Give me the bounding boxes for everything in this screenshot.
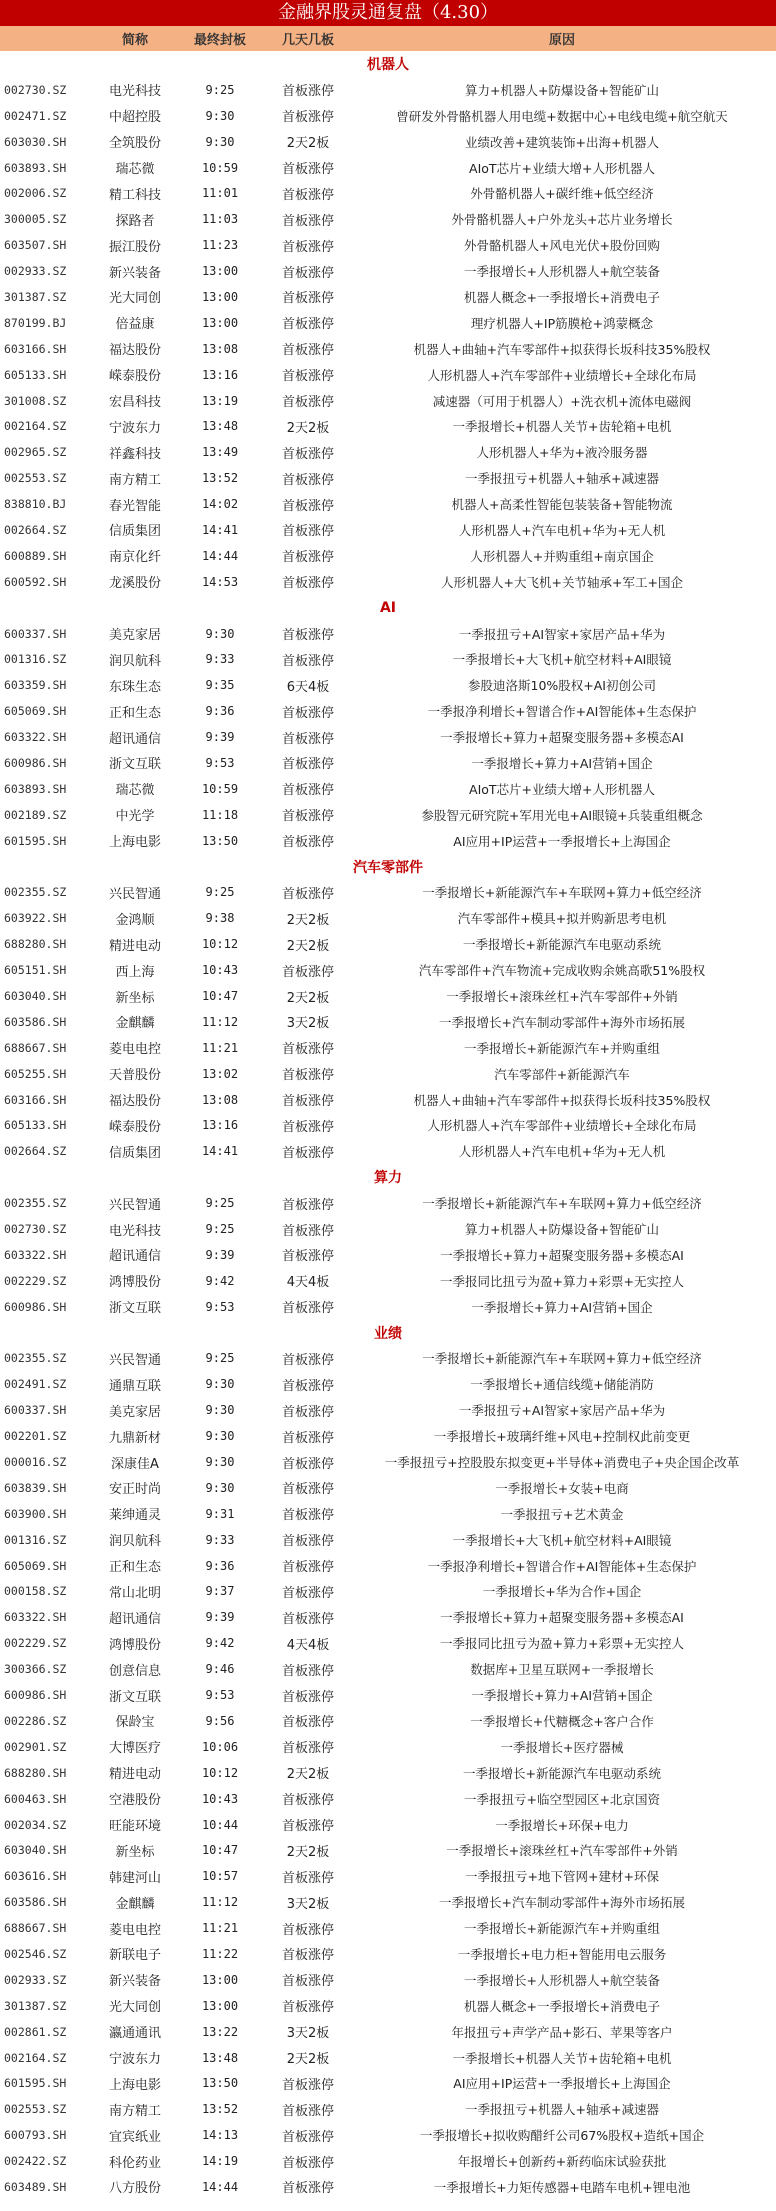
- stock-code: 605151.SH: [0, 963, 98, 977]
- stock-name: 瀛通通讯: [98, 2022, 172, 2041]
- final-seal-time: 13:00: [172, 290, 268, 304]
- final-seal-time: 11:18: [172, 808, 268, 822]
- stock-name: 宁波东力: [98, 2048, 172, 2067]
- final-seal-time: 9:30: [172, 1403, 268, 1417]
- stock-name: 兴民智通: [98, 1349, 172, 1368]
- table-row: 600986.SH浙文互联9:53首板涨停一季报增长+算力+AI营销+国企: [0, 1294, 776, 1320]
- stock-name: 上海电影: [98, 831, 172, 850]
- board-count: 3天2板: [268, 2022, 348, 2041]
- final-seal-time: 9:25: [172, 1351, 268, 1365]
- stock-name: 超讯通信: [98, 728, 172, 747]
- stock-name: 精进电动: [98, 1763, 172, 1782]
- reason-text: 一季报增长+玻璃纤维+风电+控制权此前变更: [348, 1427, 776, 1445]
- stock-name: 光大同创: [98, 287, 172, 306]
- board-count: 首板涨停: [268, 313, 348, 332]
- reason-text: 一季报同比扭亏为盈+算力+彩票+无实控人: [348, 1634, 776, 1652]
- reason-text: 年报增长+创新药+新药临床试验获批: [348, 2152, 776, 2170]
- reason-text: 年报扭亏+声学产品+影石、苹果等客户: [348, 2023, 776, 2041]
- reason-text: 一季报净利增长+智谱合作+AI智能体+生态保护: [348, 1557, 776, 1575]
- final-seal-time: 9:31: [172, 1507, 268, 1521]
- reason-text: 机器人+高柔性智能包装装备+智能物流: [348, 495, 776, 513]
- table-row: 601595.SH上海电影13:50首板涨停AI应用+IP运营+一季报增长+上海…: [0, 828, 776, 854]
- stock-name: 振江股份: [98, 236, 172, 255]
- stock-code: 603893.SH: [0, 782, 98, 796]
- board-count: 首板涨停: [268, 236, 348, 255]
- stock-code: 002006.SZ: [0, 186, 98, 200]
- table-row: 001316.SZ润贝航科9:33首板涨停一季报增长+大飞机+航空材料+AI眼镜: [0, 1527, 776, 1553]
- stock-code: 002471.SZ: [0, 109, 98, 123]
- stock-code: 603359.SH: [0, 678, 98, 692]
- stock-code: 603489.SH: [0, 2180, 98, 2194]
- table-row: 603893.SH瑞芯微10:59首板涨停AIoT芯片+业绩大增+人形机器人: [0, 155, 776, 181]
- stock-code: 603839.SH: [0, 1481, 98, 1495]
- table-row: 300005.SZ探路者11:03首板涨停外骨骼机器人+户外龙头+芯片业务增长: [0, 206, 776, 232]
- final-seal-time: 9:39: [172, 730, 268, 744]
- reason-text: 减速器（可用于机器人）+洗衣机+流体电磁阀: [348, 392, 776, 410]
- table-row: 002553.SZ南方精工13:52首板涨停一季报扭亏+机器人+轴承+减速器: [0, 465, 776, 491]
- table-row: 600592.SH龙溪股份14:53首板涨停人形机器人+大飞机+关节轴承+军工+…: [0, 569, 776, 595]
- stock-code: 600889.SH: [0, 549, 98, 563]
- stock-name: 金麒麟: [98, 1012, 172, 1031]
- final-seal-time: 10:44: [172, 1818, 268, 1832]
- stock-name: 鸿博股份: [98, 1634, 172, 1653]
- stock-code: 603030.SH: [0, 135, 98, 149]
- table-row: 002164.SZ宁波东力13:482天2板一季报增长+机器人关节+齿轮箱+电机: [0, 2045, 776, 2071]
- final-seal-time: 11:23: [172, 238, 268, 252]
- board-count: 首板涨停: [268, 1038, 348, 1057]
- stock-code: 600986.SH: [0, 1688, 98, 1702]
- reason-text: 数据库+卫星互联网+一季报增长: [348, 1660, 776, 1678]
- stock-code: 000016.SZ: [0, 1455, 98, 1469]
- final-seal-time: 13:19: [172, 394, 268, 408]
- stock-name: 龙溪股份: [98, 572, 172, 591]
- board-count: 2天2板: [268, 935, 348, 954]
- final-seal-time: 9:39: [172, 1248, 268, 1262]
- table-row: 002422.SZ科伦药业14:19首板涨停年报增长+创新药+新药临床试验获批: [0, 2148, 776, 2174]
- reason-text: 一季报增长+算力+超聚变服务器+多模态AI: [348, 1608, 776, 1626]
- final-seal-time: 14:44: [172, 549, 268, 563]
- stock-name: 润贝航科: [98, 1530, 172, 1549]
- table-row: 002229.SZ鸿博股份9:424天4板一季报同比扭亏为盈+算力+彩票+无实控…: [0, 1630, 776, 1656]
- table-row: 603839.SH安正时尚9:30首板涨停一季报增长+女装+电商: [0, 1475, 776, 1501]
- stock-code: 603893.SH: [0, 161, 98, 175]
- final-seal-time: 13:50: [172, 834, 268, 848]
- stock-name: 金鸿顺: [98, 909, 172, 928]
- reason-text: 机器人概念+一季报增长+消费电子: [348, 1997, 776, 2015]
- section-title: 算力: [374, 1167, 402, 1187]
- stock-code: 603322.SH: [0, 730, 98, 744]
- stock-code: 002164.SZ: [0, 2051, 98, 2065]
- stock-code: 002546.SZ: [0, 1947, 98, 1961]
- reason-text: 人形机器人+汽车零部件+业绩增长+全球化布局: [348, 1116, 776, 1134]
- reason-text: 人形机器人+华为+液冷服务器: [348, 443, 776, 461]
- reason-text: 一季报增长+通信线缆+储能消防: [348, 1375, 776, 1393]
- table-row: 603893.SH瑞芯微10:59首板涨停AIoT芯片+业绩大增+人形机器人: [0, 776, 776, 802]
- stock-code: 605069.SH: [0, 704, 98, 718]
- table-row: 603322.SH超讯通信9:39首板涨停一季报增长+算力+超聚变服务器+多模态…: [0, 1242, 776, 1268]
- stock-name: 信质集团: [98, 520, 172, 539]
- stock-name: 保龄宝: [98, 1711, 172, 1730]
- stock-code: 605133.SH: [0, 1118, 98, 1132]
- stock-name: 九鼎新材: [98, 1427, 172, 1446]
- stock-code: 002730.SZ: [0, 1222, 98, 1236]
- board-count: 首板涨停: [268, 1686, 348, 1705]
- section-header: 算力: [0, 1164, 776, 1190]
- reason-text: 一季报增长+新能源汽车+车联网+算力+低空经济: [348, 883, 776, 901]
- final-seal-time: 13:52: [172, 471, 268, 485]
- stock-name: 精工科技: [98, 184, 172, 203]
- stock-name: 浙文互联: [98, 753, 172, 772]
- board-count: 首板涨停: [268, 1194, 348, 1213]
- table-row: 600337.SH美克家居9:30首板涨停一季报扭亏+AI智家+家居产品+华为: [0, 621, 776, 647]
- final-seal-time: 9:39: [172, 1610, 268, 1624]
- final-seal-time: 9:35: [172, 678, 268, 692]
- board-count: 首板涨停: [268, 469, 348, 488]
- table-row: 001316.SZ润贝航科9:33首板涨停一季报增长+大飞机+航空材料+AI眼镜: [0, 646, 776, 672]
- table-body: 机器人002730.SZ电光科技9:25首板涨停算力+机器人+防爆设备+智能矿山…: [0, 51, 776, 2200]
- stock-code: 688667.SH: [0, 1041, 98, 1055]
- stock-code: 688280.SH: [0, 937, 98, 951]
- final-seal-time: 13:22: [172, 2025, 268, 2039]
- reason-text: 一季报增长+新能源汽车+并购重组: [348, 1919, 776, 1937]
- stock-name: 润贝航科: [98, 650, 172, 669]
- reason-text: 外骨骼机器人+碳纤维+低空经济: [348, 184, 776, 202]
- table-row: 600889.SH南京化纤14:44首板涨停人形机器人+并购重组+南京国企: [0, 543, 776, 569]
- stock-code: 603322.SH: [0, 1248, 98, 1262]
- table-row: 603616.SH韩建河山10:57首板涨停一季报扭亏+地下管网+建材+环保: [0, 1863, 776, 1889]
- section-header: 机器人: [0, 51, 776, 77]
- board-count: 首板涨停: [268, 1297, 348, 1316]
- stock-code: 600793.SH: [0, 2128, 98, 2142]
- stock-code: 603166.SH: [0, 1093, 98, 1107]
- final-seal-time: 13:16: [172, 368, 268, 382]
- final-seal-time: 9:36: [172, 704, 268, 718]
- stock-name: 嵘泰股份: [98, 1116, 172, 1135]
- board-count: 首板涨停: [268, 961, 348, 980]
- reason-text: 业绩改善+建筑装饰+出海+机器人: [348, 133, 776, 151]
- table-row: 603489.SH八方股份14:44首板涨停一季报增长+力矩传感器+电踏车电机+…: [0, 2174, 776, 2200]
- final-seal-time: 10:57: [172, 1869, 268, 1883]
- board-count: 2天2板: [268, 417, 348, 436]
- stock-name: 南京化纤: [98, 546, 172, 565]
- stock-name: 上海电影: [98, 2074, 172, 2093]
- table-row: 603040.SH新坐标10:472天2板一季报增长+滚珠丝杠+汽车零部件+外销: [0, 1837, 776, 1863]
- final-seal-time: 9:30: [172, 627, 268, 641]
- stock-code: 600463.SH: [0, 1792, 98, 1806]
- stock-code: 300005.SZ: [0, 212, 98, 226]
- stock-name: 超讯通信: [98, 1608, 172, 1627]
- reason-text: 一季报增长+女装+电商: [348, 1479, 776, 1497]
- stock-code: 838810.BJ: [0, 497, 98, 511]
- stock-name: 全筑股份: [98, 132, 172, 151]
- table-row: 002471.SZ中超控股9:30首板涨停曾研发外骨骼机器人用电缆+数据中心+电…: [0, 103, 776, 129]
- table-row: 002901.SZ大博医疗10:06首板涨停一季报增长+医疗器械: [0, 1734, 776, 1760]
- page-title: 金融界股灵通复盘（4.30）: [278, 2, 498, 23]
- table-row: 002164.SZ宁波东力13:482天2板一季报增长+机器人关节+齿轮箱+电机: [0, 413, 776, 439]
- reason-text: AIoT芯片+业绩大增+人形机器人: [348, 780, 776, 798]
- reason-text: 一季报扭亏+AI智家+家居产品+华为: [348, 625, 776, 643]
- board-count: 首板涨停: [268, 106, 348, 125]
- reason-text: 一季报扭亏+机器人+轴承+减速器: [348, 2100, 776, 2118]
- stock-name: 深康佳A: [98, 1453, 172, 1472]
- reason-text: 一季报增长+医疗器械: [348, 1738, 776, 1756]
- final-seal-time: 13:48: [172, 419, 268, 433]
- board-count: 首板涨停: [268, 753, 348, 772]
- stock-code: 002553.SZ: [0, 2102, 98, 2116]
- reason-text: 汽车零部件+模具+拟并购新思考电机: [348, 909, 776, 927]
- stock-code: 002933.SZ: [0, 1973, 98, 1987]
- table-row: 600337.SH美克家居9:30首板涨停一季报扭亏+AI智家+家居产品+华为: [0, 1397, 776, 1423]
- table-row: 688667.SH菱电电控11:21首板涨停一季报增长+新能源汽车+并购重组: [0, 1035, 776, 1061]
- stock-name: 新兴装备: [98, 1970, 172, 1989]
- final-seal-time: 9:25: [172, 1222, 268, 1236]
- stock-code: 002664.SZ: [0, 523, 98, 537]
- table-row: 301008.SZ宏昌科技13:19首板涨停减速器（可用于机器人）+洗衣机+流体…: [0, 388, 776, 414]
- stock-code: 002034.SZ: [0, 1818, 98, 1832]
- stock-code: 603586.SH: [0, 1015, 98, 1029]
- table-row: 603359.SH东珠生态9:356天4板参股迪洛斯10%股权+AI初创公司: [0, 672, 776, 698]
- stock-name: 信质集团: [98, 1142, 172, 1161]
- board-count: 首板涨停: [268, 1090, 348, 1109]
- table-row: 002546.SZ新联电子11:22首板涨停一季报增长+电力柜+智能用电云服务: [0, 1941, 776, 1967]
- stock-code: 688667.SH: [0, 1921, 98, 1935]
- stock-name: 浙文互联: [98, 1686, 172, 1705]
- stock-code: 002189.SZ: [0, 808, 98, 822]
- final-seal-time: 9:42: [172, 1636, 268, 1650]
- stock-name: 科伦药业: [98, 2152, 172, 2171]
- reason-text: 一季报增长+新能源汽车电驱动系统: [348, 1764, 776, 1782]
- table-row: 000158.SZ常山北明9:37首板涨停一季报增长+华为合作+国企: [0, 1579, 776, 1605]
- board-count: 首板涨停: [268, 805, 348, 824]
- stock-code: 002229.SZ: [0, 1636, 98, 1650]
- reason-text: 一季报增长+算力+AI营销+国企: [348, 1686, 776, 1704]
- stock-code: 688280.SH: [0, 1766, 98, 1780]
- reason-text: 一季报同比扭亏为盈+算力+彩票+无实控人: [348, 1272, 776, 1290]
- stock-code: 603616.SH: [0, 1869, 98, 1883]
- stock-name: 新联电子: [98, 1944, 172, 1963]
- table-row: 301387.SZ光大同创13:00首板涨停机器人概念+一季报增长+消费电子: [0, 1993, 776, 2019]
- stock-code: 002355.SZ: [0, 1196, 98, 1210]
- table-row: 002861.SZ瀛通通讯13:223天2板年报扭亏+声学产品+影石、苹果等客户: [0, 2019, 776, 2045]
- reason-text: 一季报增长+汽车制动零部件+海外市场拓展: [348, 1013, 776, 1031]
- column-header-name: 简称: [98, 29, 172, 48]
- board-count: 首板涨停: [268, 1401, 348, 1420]
- stock-name: 电光科技: [98, 1220, 172, 1239]
- stock-code: 870199.BJ: [0, 316, 98, 330]
- reason-text: AIoT芯片+业绩大增+人形机器人: [348, 159, 776, 177]
- board-count: 首板涨停: [268, 2100, 348, 2119]
- board-count: 首板涨停: [268, 624, 348, 643]
- table-row: 600986.SH浙文互联9:53首板涨停一季报增长+算力+AI营销+国企: [0, 1682, 776, 1708]
- stock-code: 002933.SZ: [0, 264, 98, 278]
- reason-text: 一季报增长+机器人关节+齿轮箱+电机: [348, 417, 776, 435]
- stock-name: 新坐标: [98, 987, 172, 1006]
- stock-name: 菱电电控: [98, 1038, 172, 1057]
- stock-code: 600337.SH: [0, 1403, 98, 1417]
- table-row: 002553.SZ南方精工13:52首板涨停一季报扭亏+机器人+轴承+减速器: [0, 2096, 776, 2122]
- board-count: 首板涨停: [268, 365, 348, 384]
- column-header-days: 几天几板: [268, 29, 348, 48]
- reason-text: 一季报增长+大飞机+航空材料+AI眼镜: [348, 1531, 776, 1549]
- table-row: 605069.SH正和生态9:36首板涨停一季报净利增长+智谱合作+AI智能体+…: [0, 698, 776, 724]
- table-row: 605133.SH嵘泰股份13:16首板涨停人形机器人+汽车零部件+业绩增长+全…: [0, 362, 776, 388]
- stock-code: 603586.SH: [0, 1895, 98, 1909]
- table-row: 601595.SH上海电影13:50首板涨停AI应用+IP运营+一季报增长+上海…: [0, 2070, 776, 2096]
- reason-text: 机器人+曲轴+汽车零部件+拟获得长坂科技35%股权: [348, 340, 776, 358]
- reason-text: 一季报扭亏+艺术黄金: [348, 1505, 776, 1523]
- stock-code: 002355.SZ: [0, 885, 98, 899]
- stock-code: 001316.SZ: [0, 1533, 98, 1547]
- reason-text: 一季报增长+算力+超聚变服务器+多模态AI: [348, 1246, 776, 1264]
- stock-code: 001316.SZ: [0, 652, 98, 666]
- reason-text: 一季报增长+新能源汽车电驱动系统: [348, 935, 776, 953]
- stock-code: 002286.SZ: [0, 1714, 98, 1728]
- final-seal-time: 9:53: [172, 1688, 268, 1702]
- reason-text: AI应用+IP运营+一季报增长+上海国企: [348, 832, 776, 850]
- stock-name: 宜宾纸业: [98, 2126, 172, 2145]
- stock-code: 002730.SZ: [0, 83, 98, 97]
- board-count: 首板涨停: [268, 2074, 348, 2093]
- board-count: 首板涨停: [268, 1970, 348, 1989]
- stock-name: 祥鑫科技: [98, 443, 172, 462]
- final-seal-time: 9:33: [172, 652, 268, 666]
- table-row: 603586.SH金麒麟11:123天2板一季报增长+汽车制动零部件+海外市场拓…: [0, 1009, 776, 1035]
- final-seal-time: 13:52: [172, 2102, 268, 2116]
- reason-text: 一季报增长+华为合作+国企: [348, 1582, 776, 1600]
- stock-name: 安正时尚: [98, 1478, 172, 1497]
- stock-code: 603507.SH: [0, 238, 98, 252]
- final-seal-time: 13:00: [172, 264, 268, 278]
- board-count: 首板涨停: [268, 728, 348, 747]
- stock-name: 福达股份: [98, 1090, 172, 1109]
- final-seal-time: 14:41: [172, 523, 268, 537]
- stock-code: 002861.SZ: [0, 2025, 98, 2039]
- final-seal-time: 13:16: [172, 1118, 268, 1132]
- table-row: 002355.SZ兴民智通9:25首板涨停一季报增长+新能源汽车+车联网+算力+…: [0, 1190, 776, 1216]
- reason-text: 一季报增长+人形机器人+航空装备: [348, 262, 776, 280]
- final-seal-time: 9:25: [172, 1196, 268, 1210]
- board-count: 3天2板: [268, 1893, 348, 1912]
- stock-code: 002422.SZ: [0, 2154, 98, 2168]
- board-count: 首板涨停: [268, 2177, 348, 2196]
- table-row: 605069.SH正和生态9:36首板涨停一季报净利增长+智谱合作+AI智能体+…: [0, 1553, 776, 1579]
- stock-code: 002491.SZ: [0, 1377, 98, 1391]
- stock-code: 600986.SH: [0, 756, 98, 770]
- board-count: 2天2板: [268, 1763, 348, 1782]
- table-row: 603586.SH金麒麟11:123天2板一季报增长+汽车制动零部件+海外市场拓…: [0, 1889, 776, 1915]
- stock-code: 002901.SZ: [0, 1740, 98, 1754]
- stock-code: 002664.SZ: [0, 1144, 98, 1158]
- final-seal-time: 13:50: [172, 2076, 268, 2090]
- board-count: 首板涨停: [268, 572, 348, 591]
- table-row: 603040.SH新坐标10:472天2板一季报增长+滚珠丝杠+汽车零部件+外销: [0, 983, 776, 1009]
- board-count: 首板涨停: [268, 1427, 348, 1446]
- column-header-time: 最终封板: [172, 29, 268, 48]
- stock-code: 600592.SH: [0, 575, 98, 589]
- stock-code: 600337.SH: [0, 627, 98, 641]
- final-seal-time: 10:12: [172, 1766, 268, 1780]
- board-count: 首板涨停: [268, 2152, 348, 2171]
- reason-text: 一季报增长+新能源汽车+车联网+算力+低空经济: [348, 1194, 776, 1212]
- table-row: 603507.SH振江股份11:23首板涨停外骨骼机器人+风电光伏+股份回购: [0, 232, 776, 258]
- final-seal-time: 9:30: [172, 1377, 268, 1391]
- board-count: 首板涨停: [268, 1556, 348, 1575]
- final-seal-time: 11:21: [172, 1921, 268, 1935]
- stock-code: 603900.SH: [0, 1507, 98, 1521]
- stock-name: 春光智能: [98, 495, 172, 514]
- stock-name: 八方股份: [98, 2177, 172, 2196]
- table-row: 603322.SH超讯通信9:39首板涨停一季报增长+算力+超聚变服务器+多模态…: [0, 724, 776, 750]
- reason-text: 汽车零部件+汽车物流+完成收购余姚高歌51%股权: [348, 961, 776, 979]
- table-row: 002201.SZ九鼎新材9:30首板涨停一季报增长+玻璃纤维+风电+控制权此前…: [0, 1423, 776, 1449]
- table-row: 603900.SH莱绅通灵9:31首板涨停一季报扭亏+艺术黄金: [0, 1501, 776, 1527]
- reason-text: 参股迪洛斯10%股权+AI初创公司: [348, 676, 776, 694]
- board-count: 首板涨停: [268, 1996, 348, 2015]
- table-row: 002355.SZ兴民智通9:25首板涨停一季报增长+新能源汽车+车联网+算力+…: [0, 880, 776, 906]
- final-seal-time: 9:30: [172, 109, 268, 123]
- board-count: 首板涨停: [268, 1919, 348, 1938]
- table-row: 838810.BJ春光智能14:02首板涨停机器人+高柔性智能包装装备+智能物流: [0, 491, 776, 517]
- table-row: 603030.SH全筑股份9:302天2板业绩改善+建筑装饰+出海+机器人: [0, 129, 776, 155]
- stock-code: 301387.SZ: [0, 290, 98, 304]
- section-title: 业绩: [374, 1323, 402, 1343]
- final-seal-time: 14:19: [172, 2154, 268, 2168]
- reason-text: 汽车零部件+新能源汽车: [348, 1065, 776, 1083]
- board-count: 2天2板: [268, 1841, 348, 1860]
- reason-text: 机器人+曲轴+汽车零部件+拟获得长坂科技35%股权: [348, 1091, 776, 1109]
- table-row: 002034.SZ旺能环境10:44首板涨停一季报增长+环保+电力: [0, 1812, 776, 1838]
- stock-code: 603040.SH: [0, 989, 98, 1003]
- stock-name: 光大同创: [98, 1996, 172, 2015]
- table-row: 600793.SH宜宾纸业14:13首板涨停一季报增长+拟收购醋纤公司67%股权…: [0, 2122, 776, 2148]
- final-seal-time: 13:08: [172, 1093, 268, 1107]
- final-seal-time: 11:03: [172, 212, 268, 226]
- table-row: 603166.SH福达股份13:08首板涨停机器人+曲轴+汽车零部件+拟获得长坂…: [0, 1087, 776, 1113]
- board-count: 6天4板: [268, 676, 348, 695]
- final-seal-time: 9:30: [172, 1481, 268, 1495]
- board-count: 首板涨停: [268, 1142, 348, 1161]
- stock-name: 正和生态: [98, 1556, 172, 1575]
- board-count: 首板涨停: [268, 339, 348, 358]
- stock-name: 新坐标: [98, 1841, 172, 1860]
- table-row: 002189.SZ中光学11:18首板涨停参股智元研究院+军用光电+AI眼镜+兵…: [0, 802, 776, 828]
- table-row: 870199.BJ倍益康13:00首板涨停理疗机器人+IP筋膜枪+鸿蒙概念: [0, 310, 776, 336]
- reason-text: 一季报扭亏+机器人+轴承+减速器: [348, 469, 776, 487]
- reason-text: 一季报增长+算力+AI营销+国企: [348, 754, 776, 772]
- reason-text: 一季报增长+算力+超聚变服务器+多模态AI: [348, 728, 776, 746]
- board-count: 首板涨停: [268, 1116, 348, 1135]
- board-count: 首板涨停: [268, 1453, 348, 1472]
- stock-name: 鸿博股份: [98, 1271, 172, 1290]
- final-seal-time: 14:44: [172, 2180, 268, 2194]
- stock-name: 超讯通信: [98, 1245, 172, 1264]
- stock-name: 金麒麟: [98, 1893, 172, 1912]
- stock-code: 600986.SH: [0, 1300, 98, 1314]
- board-count: 首板涨停: [268, 546, 348, 565]
- stock-code: 002965.SZ: [0, 445, 98, 459]
- reason-text: 参股智元研究院+军用光电+AI眼镜+兵装重组概念: [348, 806, 776, 824]
- board-count: 首板涨停: [268, 650, 348, 669]
- table-row: 002664.SZ信质集团14:41首板涨停人形机器人+汽车电机+华为+无人机: [0, 517, 776, 543]
- reason-text: 一季报增长+新能源汽车+并购重组: [348, 1039, 776, 1057]
- final-seal-time: 10:43: [172, 963, 268, 977]
- reason-text: AI应用+IP运营+一季报增长+上海国企: [348, 2074, 776, 2092]
- reason-text: 一季报增长+拟收购醋纤公司67%股权+造纸+国企: [348, 2126, 776, 2144]
- final-seal-time: 14:41: [172, 1144, 268, 1158]
- section-header: AI: [0, 595, 776, 621]
- final-seal-time: 9:30: [172, 1455, 268, 1469]
- table-row: 002933.SZ新兴装备13:00首板涨停一季报增长+人形机器人+航空装备: [0, 1967, 776, 1993]
